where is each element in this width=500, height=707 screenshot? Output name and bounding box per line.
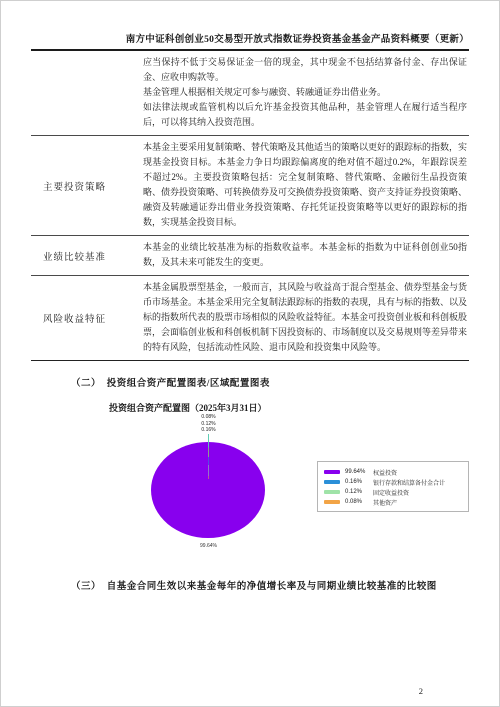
row-label: 主要投资策略 — [31, 136, 135, 235]
legend-pct: 99.64% — [345, 469, 373, 475]
paragraph: 本基金主要采用复制策略、替代策略及其他适当的策略以更好的跟踪标的指数，实现基金投… — [143, 140, 467, 230]
pie-chart-title: 投资组合资产配置图（2025年3月31日） — [31, 401, 469, 414]
legend-label: 银行存款和结算备付金合计 — [373, 478, 445, 487]
page-number: 2 — [419, 686, 423, 696]
legend-row: 0.08% 其他资产 — [324, 497, 462, 507]
section-heading-3: （三） 自基金合同生效以来基金每年的净值增长率及与同期业绩比较基准的比较图 — [31, 578, 469, 592]
legend-pct: 0.16% — [345, 479, 373, 485]
legend-pct: 0.08% — [345, 499, 373, 505]
paragraph: 本基金属股票型基金，一般而言，其风险与收益高于混合型基金、债券型基金与货币市场基… — [143, 280, 467, 355]
main-slice-label: 99.64% — [161, 543, 256, 549]
legend-label: 其他资产 — [373, 498, 397, 507]
section-heading-2: （二） 投资组合资产配置图表/区域配置图表 — [31, 375, 469, 389]
row-label: 业绩比较基准 — [31, 236, 135, 275]
legend-row: 0.16% 银行存款和结算备付金合计 — [324, 477, 462, 487]
pie-callout-labels: 0.08% 0.12% 0.16% — [161, 414, 256, 434]
section-title: 投资组合资产配置图表/区域配置图表 — [107, 379, 270, 389]
section-numbering: （二） — [71, 379, 101, 389]
document-page: 南方中证科创创业50交易型开放式指数证券投资基金基金产品资料概要（更新） 应当保… — [0, 0, 500, 707]
document-title: 南方中证科创创业50交易型开放式指数证券投资基金基金产品资料概要（更新） — [31, 31, 469, 51]
row-content: 本基金主要采用复制策略、替代策略及其他适当的策略以更好的跟踪标的指数，实现基金投… — [135, 136, 469, 235]
table-row: 业绩比较基准 本基金的业绩比较基准为标的指数收益率。本基金标的指数为中证科创创业… — [31, 236, 469, 276]
row-label — [31, 51, 135, 135]
row-content: 应当保持不低于交易保证金一倍的现金，其中现金不包括结算备付金、存出保证金、应收申… — [135, 51, 469, 135]
paragraph: 基金管理人根据相关规定可参与融资、转融通证券出借业务。 — [143, 85, 467, 100]
legend-swatch-bank-deposit — [324, 480, 340, 485]
row-content: 本基金属股票型基金，一般而言，其风险与收益高于混合型基金、债券型基金与货币市场基… — [135, 276, 469, 360]
paragraph: 如法律法规或监管机构以后允许基金投资其他品种，基金管理人在履行适当程序后，可以将… — [143, 100, 467, 130]
callout-label: 0.16% — [161, 427, 256, 434]
pie-graphic — [151, 442, 265, 538]
legend-label: 权益投资 — [373, 468, 397, 477]
legend-pct: 0.12% — [345, 489, 373, 495]
table-row: 应当保持不低于交易保证金一倍的现金，其中现金不包括结算备付金、存出保证金、应收申… — [31, 51, 469, 136]
section-title: 自基金合同生效以来基金每年的净值增长率及与同期业绩比较基准的比较图 — [107, 582, 437, 592]
pie-chart-legend: 99.64% 权益投资 0.16% 银行存款和结算备付金合计 0.12% 固定收… — [317, 461, 469, 512]
legend-row: 0.12% 固定收益投资 — [324, 487, 462, 497]
legend-swatch-other-assets — [324, 500, 340, 505]
paragraph: 本基金的业绩比较基准为标的指数收益率。本基金标的指数为中证科创创业50指数，及其… — [143, 240, 467, 270]
asset-allocation-pie-chart: 0.08% 0.12% 0.16% 99.64% 99.64% 权益投资 0.1… — [1, 414, 499, 564]
legend-row: 99.64% 权益投资 — [324, 467, 462, 477]
legend-label: 固定收益投资 — [373, 488, 409, 497]
fund-info-table: 应当保持不低于交易保证金一倍的现金，其中现金不包括结算备付金、存出保证金、应收申… — [31, 51, 469, 361]
legend-swatch-equity — [324, 470, 340, 475]
table-row: 主要投资策略 本基金主要采用复制策略、替代策略及其他适当的策略以更好的跟踪标的指… — [31, 136, 469, 236]
paragraph: 应当保持不低于交易保证金一倍的现金，其中现金不包括结算备付金、存出保证金、应收申… — [143, 55, 467, 85]
row-content: 本基金的业绩比较基准为标的指数收益率。本基金标的指数为中证科创创业50指数，及其… — [135, 236, 469, 275]
legend-swatch-fixed-income — [324, 490, 340, 495]
row-label: 风险收益特征 — [31, 276, 135, 360]
table-row: 风险收益特征 本基金属股票型基金，一般而言，其风险与收益高于混合型基金、债券型基… — [31, 276, 469, 361]
section-numbering: （三） — [71, 582, 101, 592]
